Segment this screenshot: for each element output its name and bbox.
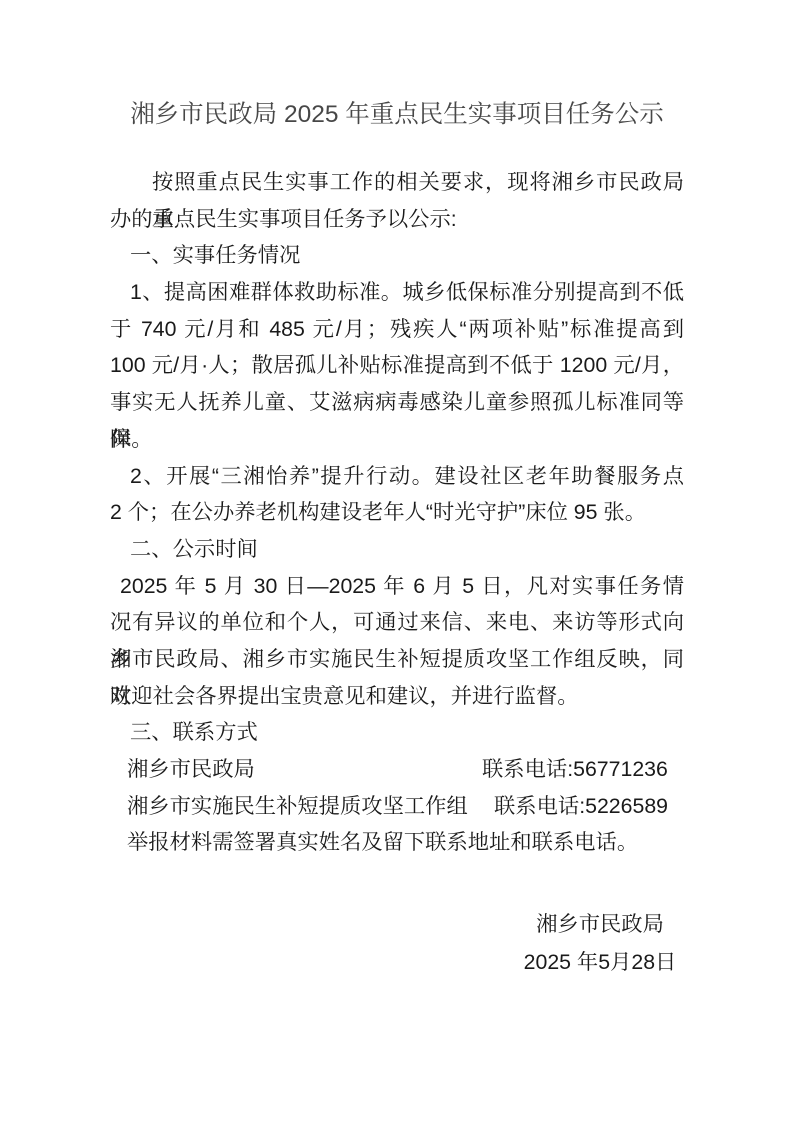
line-text: 一、实事任务情况 xyxy=(130,243,300,267)
text-line: 2025 年 5 月 30 日—2025 年 6 月 5 日，凡对实事任务情 xyxy=(110,568,684,605)
text-line: 1、提高困难群体救助标准。城乡低保标准分别提高到不低 xyxy=(110,274,684,311)
text-line: 况有异议的单位和个人，可通过来信、来电、来访等形式向湘 xyxy=(110,604,684,641)
line-text: 2、开展“三湘怡养”提升行动。建设社区老年助餐服务点 xyxy=(130,464,684,488)
text-line: 事实无人抚养儿童、艾滋病病毒感染儿童参照孤儿标准同等保 xyxy=(110,384,684,421)
line-text: 2 个；在公办养老机构建设老年人“时光守护”床位 95 张。 xyxy=(110,500,646,524)
text-line: 办的重点民生实事项目任务予以公示: xyxy=(110,201,684,238)
text-line: 二、公示时间 xyxy=(110,531,684,568)
text-line: 障。 xyxy=(110,421,684,458)
text-line: 按照重点民生实事工作的相关要求，现将湘乡市民政局承 xyxy=(110,164,684,201)
text-line: 欢迎社会各界提出宝贵意见和建议，并进行监督。 xyxy=(110,678,684,715)
contact-phone: 联系电话:56771236 xyxy=(482,751,668,788)
text-line: 100 元/月·人；散居孤儿补贴标准提高到不低于 1200 元/月， xyxy=(110,347,684,384)
text-line: 乡市民政局、湘乡市实施民生补短提质攻坚工作组反映，同时 xyxy=(110,641,684,678)
contact-phone: 联系电话:5226589 xyxy=(494,788,668,825)
text-line: 湘乡市实施民生补短提质攻坚工作组联系电话:5226589 xyxy=(110,788,684,825)
signature-block: 湘乡市民政局 2025 年5月28日 xyxy=(470,905,730,981)
text-line: 一、实事任务情况 xyxy=(110,237,684,274)
text-line: 2 个；在公办养老机构建设老年人“时光守护”床位 95 张。 xyxy=(110,494,684,531)
line-text: 1、提高困难群体救助标准。城乡低保标准分别提高到不低 xyxy=(130,280,684,304)
text-line: 三、联系方式 xyxy=(110,714,684,751)
line-text: 举报材料需签署真实姓名及留下联系地址和联系电话。 xyxy=(127,830,638,854)
line-text: 欢迎社会各界提出宝贵意见和建议，并进行监督。 xyxy=(110,684,579,708)
line-text: 障。 xyxy=(110,427,153,451)
document-body: 按照重点民生实事工作的相关要求，现将湘乡市民政局承办的重点民生实事项目任务予以公… xyxy=(110,164,684,861)
line-text: 二、公示时间 xyxy=(130,537,258,561)
line-text: 湘乡市实施民生补短提质攻坚工作组 xyxy=(127,794,468,818)
text-line: 于 740 元/月和 485 元/月；残疾人“两项补贴”标准提高到 xyxy=(110,311,684,348)
signature-org: 湘乡市民政局 xyxy=(470,905,730,943)
line-text: 100 元/月·人；散居孤儿补贴标准提高到不低于 1200 元/月， xyxy=(110,353,684,377)
document-page: 湘乡市民政局 2025 年重点民生实事项目任务公示 按照重点民生实事工作的相关要… xyxy=(0,0,794,1122)
line-text: 办的重点民生实事项目任务予以公示: xyxy=(110,207,457,231)
signature-date: 2025 年5月28日 xyxy=(470,943,730,981)
line-text: 于 740 元/月和 485 元/月；残疾人“两项补贴”标准提高到 xyxy=(110,317,684,341)
line-text: 三、联系方式 xyxy=(130,720,258,744)
text-line: 举报材料需签署真实姓名及留下联系地址和联系电话。 xyxy=(110,824,684,861)
text-line: 2、开展“三湘怡养”提升行动。建设社区老年助餐服务点 xyxy=(110,458,684,495)
document-title: 湘乡市民政局 2025 年重点民生实事项目任务公示 xyxy=(0,96,794,134)
line-text: 湘乡市民政局 xyxy=(127,757,255,781)
line-text: 2025 年 5 月 30 日—2025 年 6 月 5 日，凡对实事任务情 xyxy=(120,574,684,598)
text-line: 湘乡市民政局联系电话:56771236 xyxy=(110,751,684,788)
